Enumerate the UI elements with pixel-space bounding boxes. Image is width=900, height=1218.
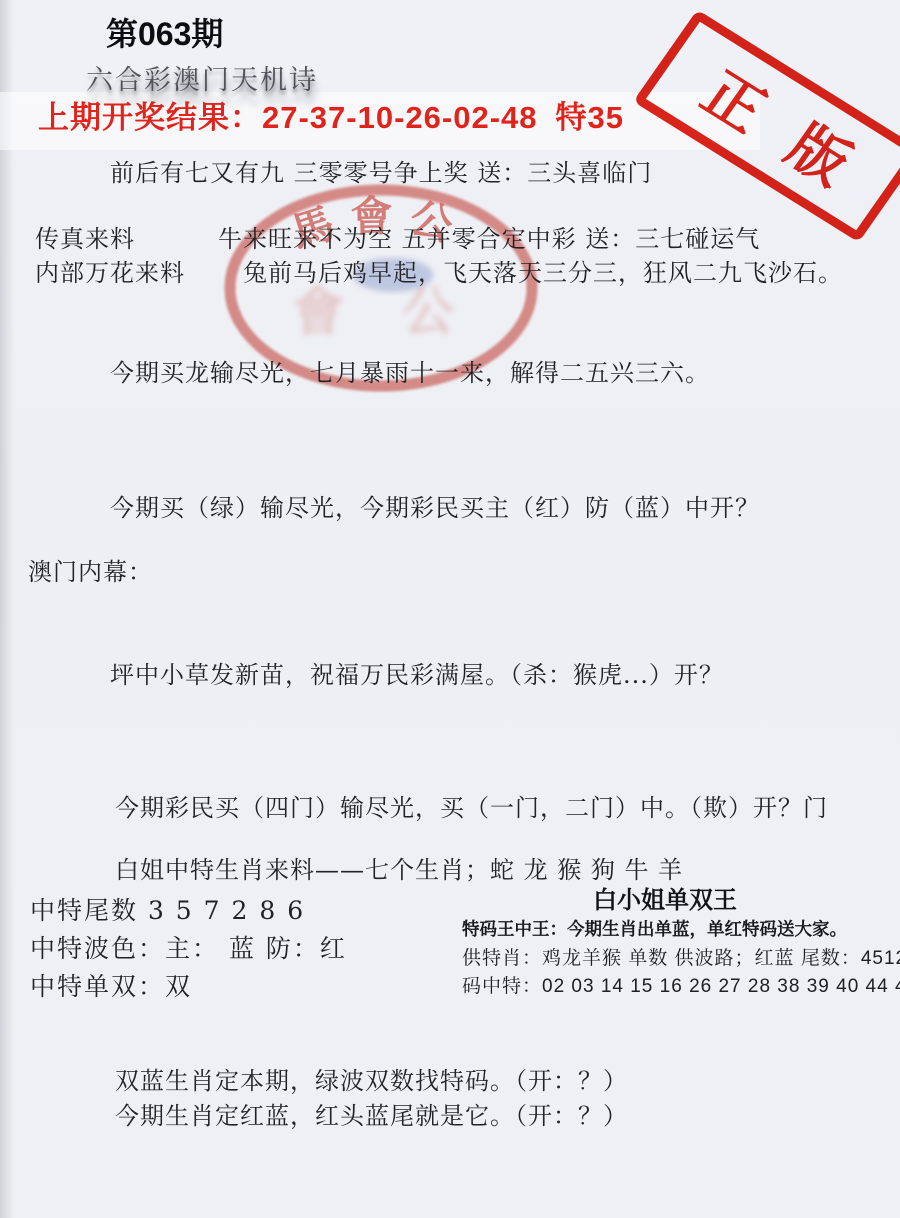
fax-source-verse: 牛来旺来不为空 五并零合定中彩 送：三七碰运气 <box>218 224 760 254</box>
internal-source-verse: 兔前马后鸡早起，飞天落天三分三，狂风二九飞沙石。 <box>243 258 843 288</box>
last-draw-result: 上期开奖结果：27-37-10-26-02-48特35 <box>38 99 624 138</box>
tip-sheet-page: 馬會公 會 公 正版 第063期 六合彩澳门天机诗 六合彩澳门天机诗 上期开奖结… <box>0 0 900 1218</box>
special-odd-even: 中特单双：双 <box>30 971 192 1002</box>
grass-verse: 坪中小草发新苗，祝福万民彩满屋。（杀：猴虎...）开？ <box>110 660 724 690</box>
color-hint-verse: 今期买（绿）输尽光，今期彩民买主（红）防（蓝）中开？ <box>110 493 760 523</box>
baixiaojie-numbers-line: 码中特：02 03 14 15 16 26 27 28 38 39 40 44 … <box>462 975 900 999</box>
genuine-stamp-label: 正版 <box>652 26 900 223</box>
genuine-stamp: 正版 <box>633 10 900 243</box>
page-edge-shade <box>0 0 14 1218</box>
special-wave-color: 中特波色：主： 蓝 防：红 <box>30 933 347 964</box>
last-draw-numbers: 27-37-10-26-02-48 <box>262 100 538 135</box>
last-draw-special: 特35 <box>556 100 624 135</box>
baixiaojie-title: 白小姐单双王 <box>470 886 860 916</box>
last-draw-label: 上期开奖结果： <box>38 100 262 135</box>
macau-insider-label: 澳门内幕： <box>28 557 153 587</box>
seal-inner-text: 會 公 <box>292 282 474 343</box>
dragon-verse: 今期买龙输尽光，七月暴雨十一来，解得二五兴三六。 <box>110 358 710 388</box>
internal-source-label: 内部万花来料 <box>35 258 185 288</box>
special-tail-numbers: 中特尾数 3 5 7 2 8 6 <box>30 895 305 926</box>
baixiaojie-king-line: 特码王中王：今期生肖出单蓝，单红特码送大家。 <box>462 919 847 941</box>
footer-verse-1: 双蓝生肖定本期，绿波双数找特码。（开：？） <box>115 1066 628 1096</box>
issue-number: 第063期 <box>106 14 223 54</box>
opening-verse: 前后有七又有九 三零零号争上奖 送：三头喜临门 <box>110 158 652 188</box>
baixiaojie-zodiac-line: 供特肖：鸡龙羊猴 单数 供波路；红蓝 尾数：4512 <box>462 947 900 971</box>
doors-verse: 今期彩民买（四门）输尽光，买（一门，二门）中。（欺）开？门 <box>115 793 828 823</box>
zodiac-tip-line: 白姐中特生肖来料——七个生肖；蛇 龙 猴 狗 牛 羊 <box>115 855 683 885</box>
footer-verse-2: 今期生肖定红蓝，红头蓝尾就是它。（开：？） <box>115 1101 628 1131</box>
fax-source-label: 传真来料 <box>35 224 135 254</box>
sheet-title: 六合彩澳门天机诗 <box>86 64 318 98</box>
